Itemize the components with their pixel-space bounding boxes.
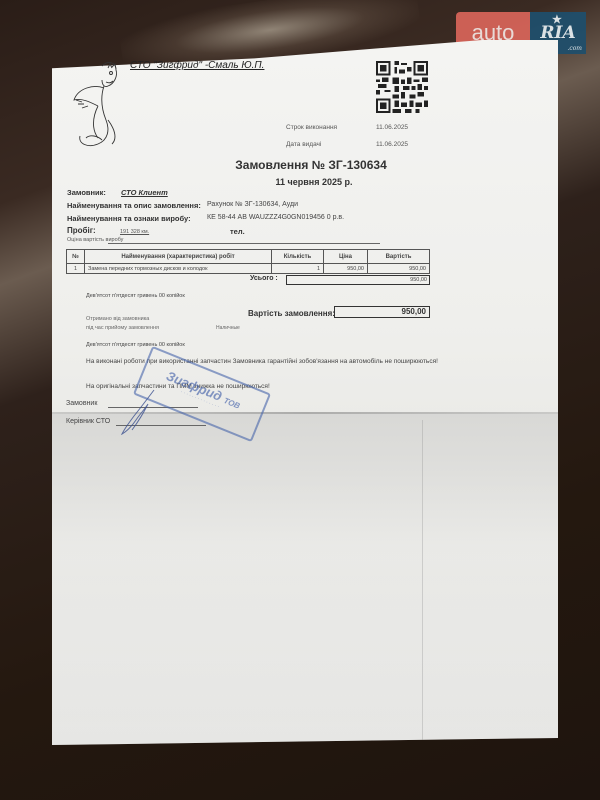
product-label: Найменування та ознаки виробу: — [67, 214, 191, 223]
description-value: Рахунок № ЗГ-130634, Ауди — [207, 201, 298, 208]
customer-label: Замовник: — [67, 188, 106, 197]
product-value: КЕ 58-44 АВ WAUZZZ4G0GN019456 0 р.в. — [207, 214, 344, 221]
manager-signature-label: Керівник СТО — [66, 418, 110, 425]
amount-in-words-1: Дев'ятсот п'ятдесят гривень 00 копійок — [86, 293, 185, 299]
phone-label: тел. — [230, 227, 245, 236]
issue-date-label: Дата видачі — [286, 141, 321, 148]
mileage-label: Пробіг: — [67, 226, 96, 235]
table-row: 1 Замена передних тормозных дисков и кол… — [67, 264, 430, 274]
order-title: Замовлення № ЗГ-130634 — [0, 158, 600, 172]
customer-signature-label: Замовник — [66, 400, 97, 407]
dragon-logo-icon — [68, 58, 130, 150]
total-value: 950,00 — [286, 275, 430, 285]
total-label: Усього : — [250, 275, 278, 282]
estimate-line — [108, 243, 380, 244]
payment-method: Наличные — [216, 325, 240, 331]
customer-value: СТО Клиент — [121, 188, 168, 197]
star-icon: ★ — [552, 13, 562, 26]
works-table: № Найменування (характеристика) робіт Кі… — [66, 249, 430, 274]
table-header-row: № Найменування (характеристика) робіт Кі… — [67, 250, 430, 264]
amount-in-words-2: Дев'ятсот п'ятдесят гривень 00 копійок — [86, 342, 185, 348]
issue-date-value: 11.06.2025 — [376, 141, 408, 148]
received-label-1: Отримано від замовника — [86, 316, 149, 322]
order-date: 11 червня 2025 р. — [0, 177, 600, 187]
mileage-value: 191 328 км. — [120, 229, 149, 235]
deadline-value: 11.06.2025 — [376, 124, 408, 131]
deadline-label: Строк виконання — [286, 124, 337, 131]
description-label: Найменування та опис замовлення: — [67, 201, 201, 210]
order-cost-value: 950,00 — [334, 306, 430, 318]
company-name: СТО "Зигфрид" -Смаль Ю.П. — [130, 60, 264, 71]
received-label-2: під час прийому замовлення — [86, 325, 159, 331]
warranty-note: На виконані роботи при використанні запч… — [86, 357, 446, 366]
order-cost-label: Вартість замовлення: — [248, 309, 335, 318]
qr-code-icon — [376, 60, 428, 114]
